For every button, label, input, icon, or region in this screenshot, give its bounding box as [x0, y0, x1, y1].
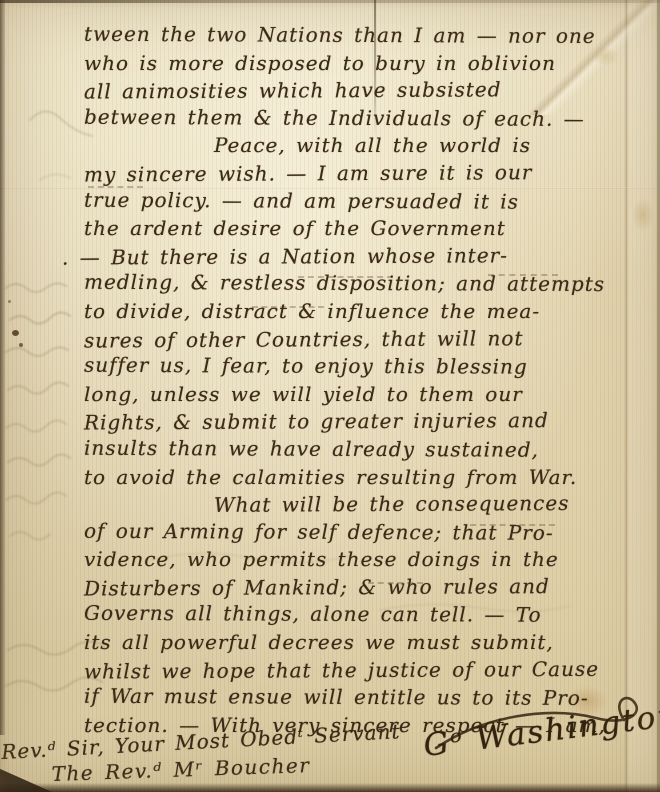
letter-line: whilst we hope that the justice of our C…: [84, 655, 659, 686]
letter-line: to divide, distract & influence the mea-: [84, 298, 659, 326]
scan-edge-top: [0, 0, 660, 3]
letter-line: its all powerful decrees we must submit,: [84, 629, 659, 657]
letter-line: Governs all things, alone can tell. — To: [84, 600, 659, 630]
letter-page: tween the two Nations than I am — nor on…: [0, 0, 660, 792]
ink-blot: [8, 300, 11, 303]
letter-line: Peace, with all the world is: [84, 132, 659, 160]
letter-line: long, unless we will yield to them our: [84, 381, 659, 409]
ink-blot: [12, 330, 19, 336]
letter-line: insults than we have already sustained,: [84, 435, 659, 465]
letter-line: who is more disposed to bury in oblivion: [84, 50, 659, 78]
letter-line: tween the two Nations than I am — nor on…: [84, 21, 659, 51]
scan-edge-left: [0, 0, 5, 735]
letter-line: if War must ensue will entitle us to its…: [84, 683, 659, 713]
letter-line: Rights, & submit to greater injuries and: [84, 407, 659, 438]
scan-edge-bottom: [0, 783, 660, 792]
ink-blot: [19, 343, 23, 347]
letter-line: . — But there is a Nation whose inter-: [62, 241, 659, 272]
letter-line: of our Arming for self defence; that Pro…: [84, 517, 659, 547]
letter-line: vidence, who permits these doings in the: [84, 546, 659, 574]
letter-line: the ardent desire of the Government: [84, 215, 659, 243]
letter-line: Disturbers of Mankind; & who rules and: [84, 572, 659, 603]
letter-line: What will be the consequences: [84, 490, 659, 521]
letter-line: all animosities which have subsisted: [84, 76, 659, 107]
letter-line: my sincere wish. — I am sure it is our: [84, 158, 659, 189]
letter-line: sures of other Countries, that will not: [84, 324, 659, 355]
letter-line: true policy. — and am persuaded it is: [84, 186, 659, 216]
letter-line: between them & the Individuals of each. …: [84, 104, 659, 134]
letter-line: to avoid the calamities resulting from W…: [84, 464, 659, 492]
letter-body: tween the two Nations than I am — nor on…: [84, 22, 659, 739]
letter-line: medling, & restless disposition; and att…: [84, 269, 659, 299]
letter-line: suffer us, I fear, to enjoy this blessin…: [84, 352, 659, 382]
